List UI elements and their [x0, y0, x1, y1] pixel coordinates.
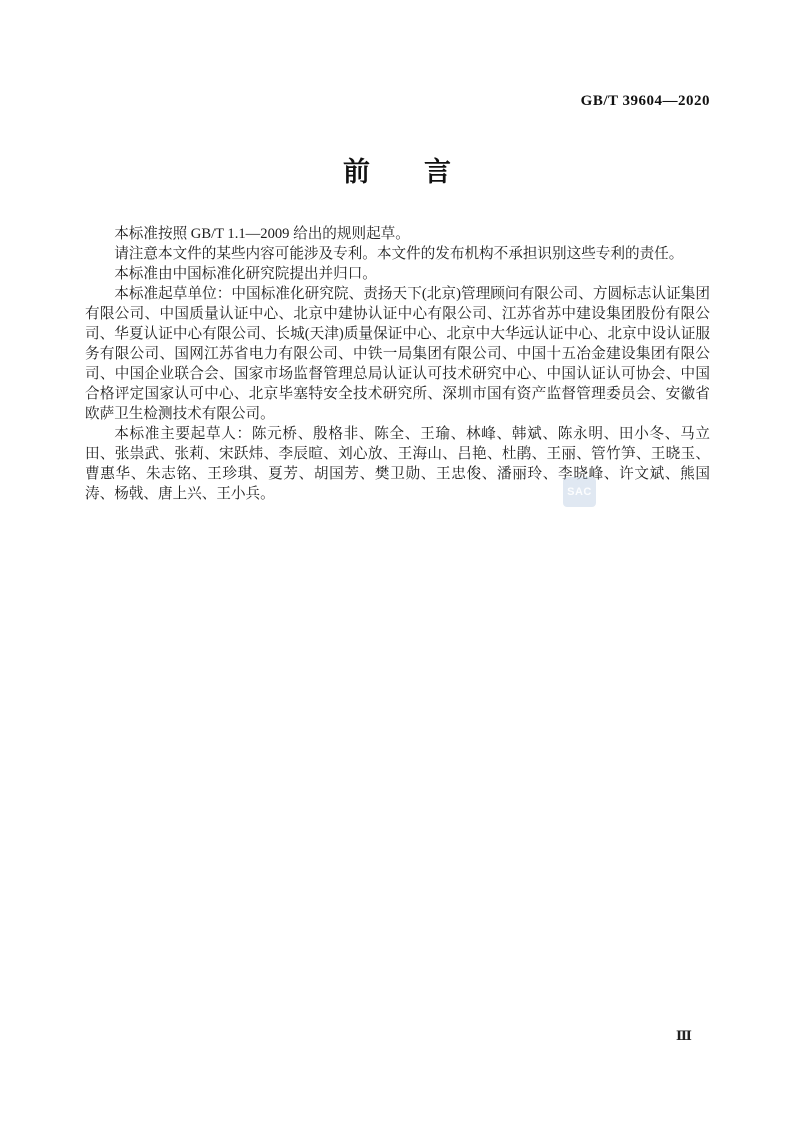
- standard-code-header: GB/T 39604—2020: [581, 93, 710, 110]
- paragraph-drafting-organizations: 本标准起草单位：中国标准化研究院、责扬天下(北京)管理顾问有限公司、方圆标志认证…: [85, 284, 710, 424]
- document-page: GB/T 39604—2020 前 言 本标准按照 GB/T 1.1—2009 …: [0, 0, 794, 1122]
- paragraph-drafting-rules: 本标准按照 GB/T 1.1—2009 给出的规则起草。: [85, 224, 710, 244]
- paragraph-proposing-body: 本标准由中国标准化研究院提出并归口。: [85, 264, 710, 284]
- foreword-body: 本标准按照 GB/T 1.1—2009 给出的规则起草。 请注意本文件的某些内容…: [85, 224, 710, 504]
- sac-watermark-badge: SAC: [563, 477, 596, 507]
- page-number: Ⅲ: [676, 1028, 692, 1044]
- page-title: 前 言: [0, 150, 794, 189]
- paragraph-main-drafters: 本标准主要起草人：陈元桥、殷格非、陈全、王瑜、林峰、韩斌、陈永明、田小冬、马立田…: [85, 424, 710, 504]
- paragraph-patent-notice: 请注意本文件的某些内容可能涉及专利。本文件的发布机构不承担识别这些专利的责任。: [85, 244, 710, 264]
